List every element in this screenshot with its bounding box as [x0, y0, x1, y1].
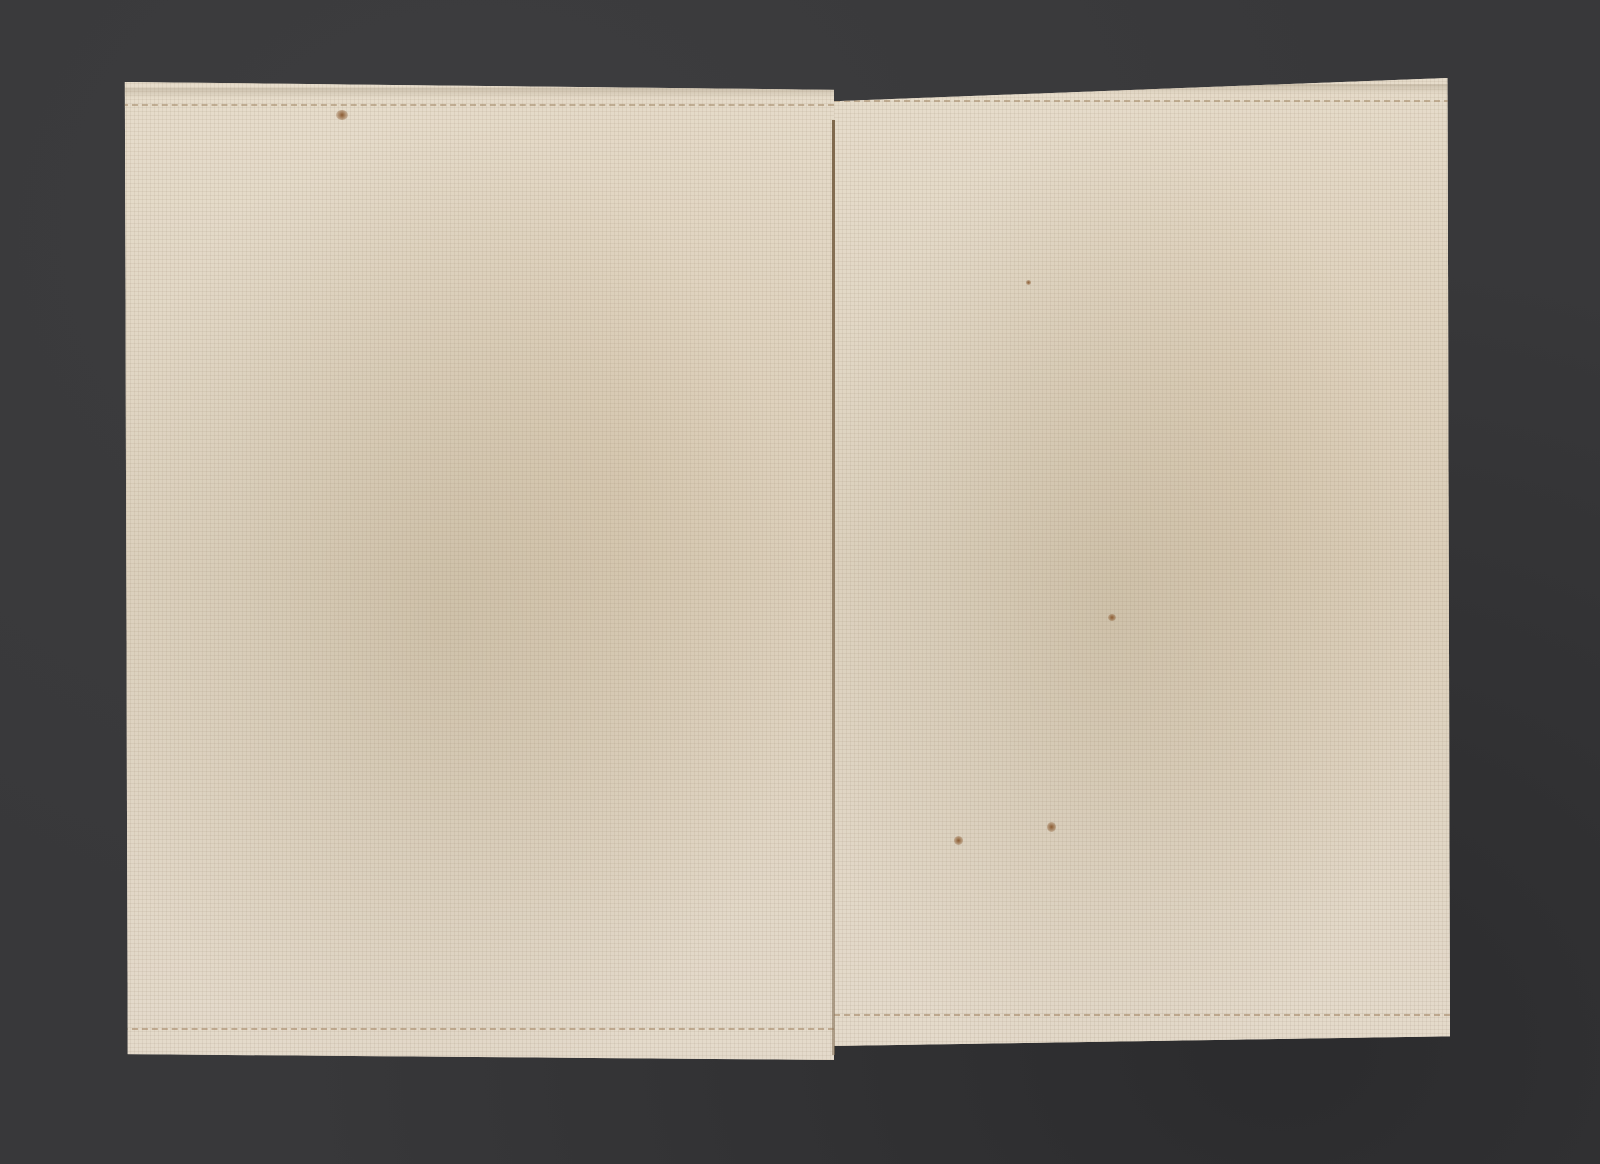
photo-background — [0, 0, 1600, 1164]
stain-spot — [1026, 280, 1031, 285]
armband-left-panel — [122, 82, 834, 1060]
armband-right-panel — [834, 78, 1450, 1046]
top-fold-shadow — [122, 88, 834, 98]
top-hem-stitching — [834, 100, 1450, 102]
armband — [122, 78, 1450, 1058]
stain-spot — [1108, 614, 1116, 621]
stain-spot — [336, 110, 348, 120]
bottom-hem-stitching — [122, 1028, 834, 1030]
top-fold-shadow — [834, 84, 1450, 94]
center-seam — [832, 120, 835, 1055]
bottom-hem-stitching — [834, 1014, 1450, 1016]
stain-spot — [1047, 822, 1056, 832]
stain-spot — [954, 836, 963, 845]
top-hem-stitching — [122, 104, 834, 106]
